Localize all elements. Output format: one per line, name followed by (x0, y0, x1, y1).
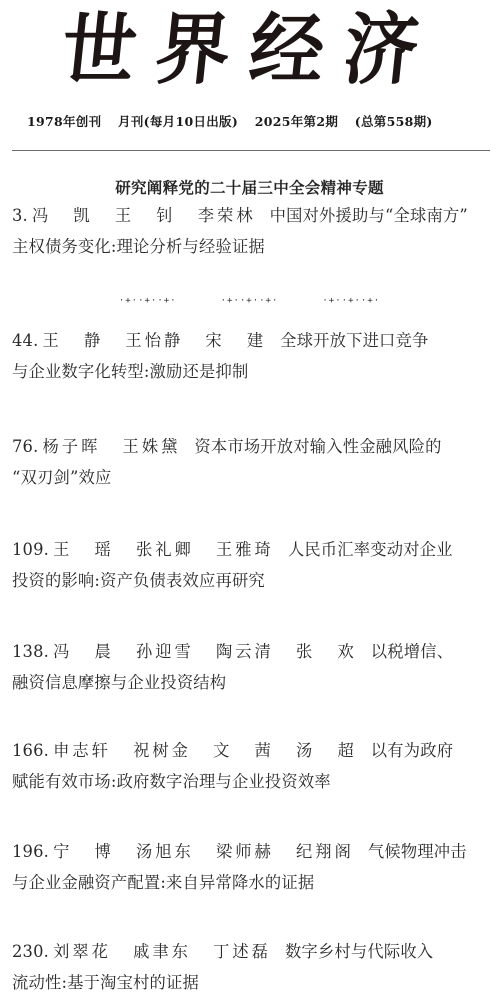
page-number: 166. (12, 741, 49, 760)
publication-info: 1978年创刊 月刊(每月10日出版) 2025年第2期 (总第558期) (27, 112, 487, 130)
ornamental-divider: ·+··+··+··+··+··+··+··+··+· (0, 296, 499, 306)
issue-number: 2025年第2期 (255, 114, 338, 129)
article-title-cont: 与企业数字化转型:激励还是抑制 (12, 356, 490, 387)
toc-entry[interactable]: 44.王 静 王怡静 宋 建全球开放下进口竞争 与企业数字化转型:激励还是抑制 (12, 325, 490, 387)
toc-entry[interactable]: 166.申志轩 祝树金 文 茜 汤 超以有为政府 赋能有效市场:政府数字治理与企… (12, 735, 490, 797)
toc-entry[interactable]: 3.冯 凯 王 钊 李荣林中国对外援助与“全球南方” 主权债务变化:理论分析与经… (12, 200, 490, 262)
page-number: 3. (12, 206, 28, 225)
page-number: 44. (12, 331, 39, 350)
page-number: 230. (12, 942, 49, 961)
article-title-cont: “双刃剑”效应 (12, 462, 490, 493)
authors: 王 静 王怡静 宋 建 (43, 331, 267, 350)
article-title-cont: 与企业金融资产配置:来自异常降水的证据 (12, 867, 490, 898)
frequency: 月刊(每月10日出版) (118, 114, 238, 129)
toc-entry[interactable]: 230.刘翠花 戚聿东 丁述磊数字乡村与代际收入 流动性:基于淘宝村的证据 (12, 936, 490, 998)
toc-entry[interactable]: 196.宁 博 汤旭东 梁师赫 纪翔阁气候物理冲击 与企业金融资产配置:来自异常… (12, 836, 490, 898)
ornament-icon: ·+··+··+· (119, 296, 177, 306)
ornament-icon: ·+··+··+· (322, 296, 380, 306)
article-title: 资本市场开放对输入性金融风险的 (194, 437, 441, 456)
total-issue: (总第558期) (355, 114, 433, 129)
authors: 王 瑶 张礼卿 王雅琦 (53, 540, 274, 559)
article-title: 数字乡村与代际收入 (285, 942, 433, 961)
article-title: 以有为政府 (371, 741, 453, 760)
toc-entry[interactable]: 109.王 瑶 张礼卿 王雅琦人民币汇率变动对企业 投资的影响:资产负债表效应再… (12, 534, 490, 596)
page-number: 109. (12, 540, 49, 559)
article-title-cont: 流动性:基于淘宝村的证据 (12, 967, 490, 998)
toc-entry[interactable]: 76.杨子晖 王姝黛资本市场开放对输入性金融风险的 “双刃剑”效应 (12, 431, 490, 493)
article-title: 以税增信、 (371, 642, 453, 661)
toc-entry[interactable]: 138.冯 晨 孙迎雪 陶云清 张 欢以税增信、 融资信息摩擦与企业投资结构 (12, 636, 490, 698)
article-title-cont: 投资的影响:资产负债表效应再研究 (12, 565, 490, 596)
authors: 冯 晨 孙迎雪 陶云清 张 欢 (53, 642, 357, 661)
article-title-cont: 赋能有效市场:政府数字治理与企业投资效率 (12, 766, 490, 797)
authors: 杨子晖 王姝黛 (43, 437, 181, 456)
article-title: 中国对外援助与“全球南方” (270, 206, 468, 225)
section-title: 研究阐释党的二十届三中全会精神专题 (0, 176, 499, 198)
header-divider (12, 150, 490, 151)
journal-title-calligraphy: 世界经济 (56, 0, 443, 100)
article-title-cont: 主权债务变化:理论分析与经验证据 (12, 231, 490, 262)
authors: 冯 凯 王 钊 李荣林 (32, 206, 256, 225)
authors: 刘翠花 戚聿东 丁述磊 (53, 942, 271, 961)
page-number: 196. (12, 842, 49, 861)
page-number: 138. (12, 642, 49, 661)
article-title-cont: 融资信息摩擦与企业投资结构 (12, 667, 490, 698)
article-title: 气候物理冲击 (368, 842, 467, 861)
authors: 申志轩 祝树金 文 茜 汤 超 (53, 741, 357, 760)
masthead: 世界经济 (0, 2, 499, 98)
article-title: 全球开放下进口竞争 (280, 331, 428, 350)
ornament-icon: ·+··+··+· (221, 296, 279, 306)
founded-year: 1978年创刊 (27, 114, 101, 129)
authors: 宁 博 汤旭东 梁师赫 纪翔阁 (53, 842, 354, 861)
article-title: 人民币汇率变动对企业 (288, 540, 453, 559)
page-number: 76. (12, 437, 39, 456)
